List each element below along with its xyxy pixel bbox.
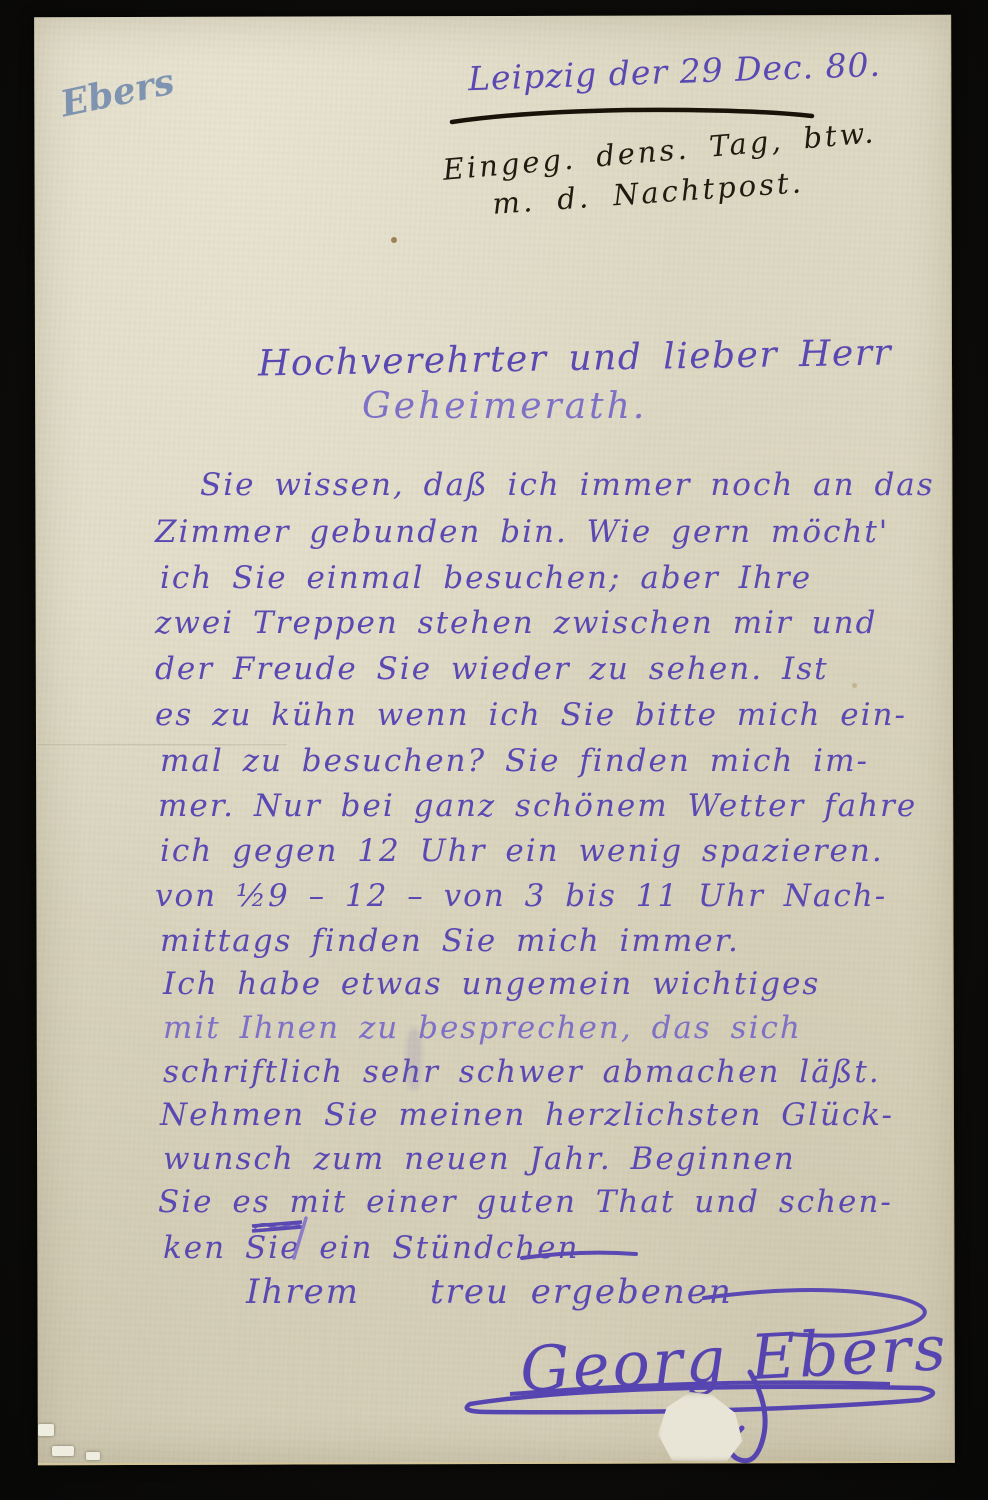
body-line: ken Sie ein Stündchen: [163, 1233, 580, 1264]
body-line: mer. Nur bei ganz schönem Wetter fahre: [158, 791, 917, 822]
body-line: ich gegen 12 Uhr ein wenig spazieren.: [160, 836, 884, 867]
body-line: es zu kühn wenn ich Sie bitte mich ein-: [155, 700, 907, 731]
word-trailing-stroke: [520, 1248, 640, 1262]
salutation-line-2: Geheimerath.: [362, 386, 647, 427]
body-line: ich Sie einmal besuchen; aber Ihre: [160, 563, 812, 594]
crossed-out-word-scribble: [250, 1214, 320, 1260]
closing-line: Ihremtreu ergebenen: [246, 1272, 733, 1312]
edge-chip: [86, 1452, 100, 1460]
body-line: mit Ihnen zu besprechen, das sich: [163, 1013, 802, 1044]
body-line: zwei Treppen stehen zwischen mir und: [155, 608, 877, 639]
body-line: Nehmen Sie meinen herzlichsten Glück-: [160, 1100, 894, 1131]
body-line: mittags finden Sie mich immer.: [160, 926, 740, 957]
body-line: Zimmer gebunden bin. Wie gern möcht': [155, 517, 889, 548]
edge-chip: [52, 1446, 74, 1456]
body-line: wunsch zum neuen Jahr. Beginnen: [163, 1144, 796, 1175]
scan-backdrop: Ebers Leipzig der 29 Dec. 80. Eingeg. de…: [0, 0, 988, 1500]
closing-word-ihrem: Ihrem: [246, 1272, 360, 1312]
closing-words-treu-ergebenen: treu ergebenen: [430, 1272, 733, 1312]
body-line: Ich habe etwas ungemein wichtiges: [163, 969, 820, 1000]
edge-chip: [38, 1424, 54, 1436]
body-line: schriftlich sehr schwer abmachen läßt.: [163, 1057, 881, 1088]
body-line: von ½9 – 12 – von 3 bis 11 Uhr Nach-: [155, 881, 887, 912]
body-line: mal zu besuchen? Sie finden mich im-: [160, 746, 869, 777]
body-line: Sie wissen, daß ich immer noch an das: [200, 470, 935, 501]
body-line: der Freude Sie wieder zu sehen. Ist: [155, 654, 829, 685]
